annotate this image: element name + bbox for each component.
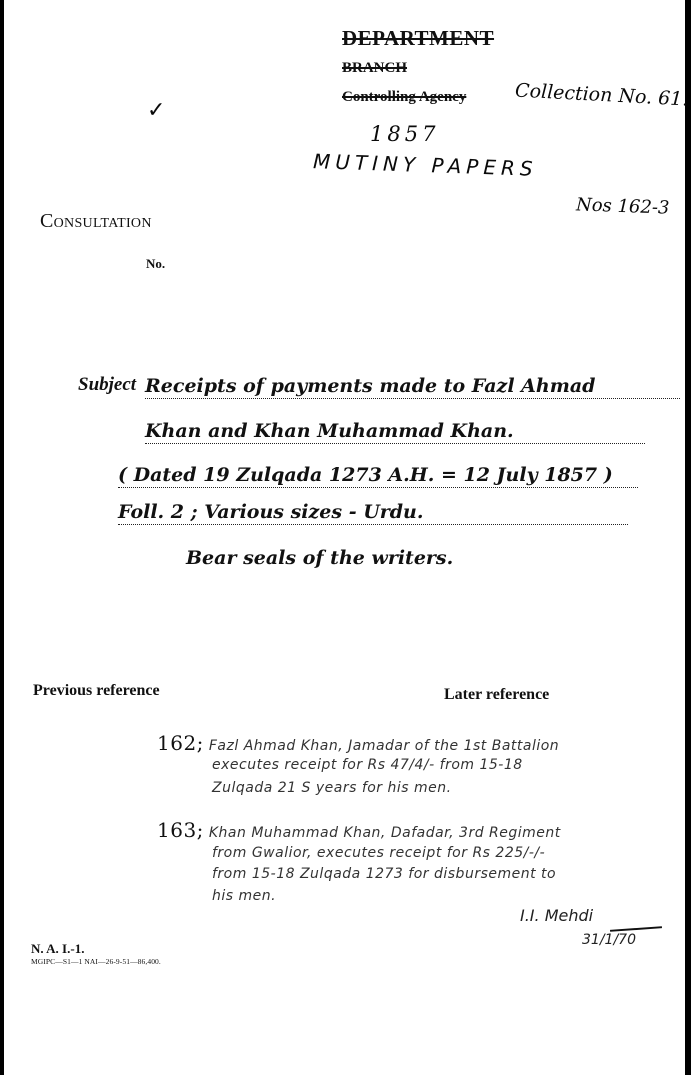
print-code: MGIPC—S1—1 NAI—26-9-51—86,400.	[31, 957, 161, 966]
reference-text: Khan Muhammad Khan, Dafadar, 3rd Regimen…	[209, 825, 561, 841]
branch-label: BRANCH	[342, 60, 407, 77]
reference-text: from Gwalior, executes receipt for Rs 22…	[212, 845, 545, 861]
subject-line: Receipts of payments made to Fazl Ahmad	[145, 374, 680, 399]
year-annotation: 1857	[370, 122, 439, 146]
reference-text: executes receipt for Rs 47/4/- from 15-1…	[212, 757, 523, 773]
reference-text: his men.	[212, 888, 276, 904]
subject-label: Subject	[78, 374, 136, 396]
reference-text: from 15-18 Zulqada 1273 for disbursement…	[212, 866, 556, 882]
form-code: N. A. I.-1.	[31, 941, 84, 957]
consultation-label: Consultation	[40, 210, 152, 233]
controlling-agency-label: Controlling Agency	[342, 89, 466, 106]
reference-entry-162: 162; Fazl Ahmad Khan, Jamadar of the 1st…	[157, 731, 559, 755]
archivist-signature: I.I. Mehdi	[520, 906, 593, 925]
reference-number: 162;	[157, 731, 204, 755]
reference-text: Zulqada 21 S years for his men.	[212, 780, 452, 796]
collection-number: Collection No. 61.	[515, 79, 689, 110]
later-reference-label: Later reference	[444, 686, 549, 704]
document-numbers: Nos 162-3	[576, 194, 670, 218]
signature-underline	[610, 926, 662, 932]
reference-entry-163: 163; Khan Muhammad Khan, Dafadar, 3rd Re…	[157, 818, 561, 842]
reference-number: 163;	[157, 818, 204, 842]
department-label: DEPARTMENT	[342, 26, 494, 51]
reference-text: Fazl Ahmad Khan, Jamadar of the 1st Batt…	[209, 738, 559, 754]
consultation-number-label: No.	[146, 256, 165, 272]
subject-line: Bear seals of the writers.	[186, 546, 453, 570]
subject-line: Foll. 2 ; Various sizes - Urdu.	[118, 500, 628, 525]
scan-border-right	[685, 0, 691, 1075]
scan-border-left	[0, 0, 4, 1075]
previous-reference-label: Previous reference	[33, 682, 160, 700]
collection-title: MUTINY PAPERS	[313, 149, 538, 181]
check-mark-icon: ✓	[147, 98, 165, 123]
signature-date: 31/1/70	[582, 932, 636, 948]
subject-line: ( Dated 19 Zulqada 1273 A.H. = 12 July 1…	[118, 463, 638, 488]
subject-line: Khan and Khan Muhammad Khan.	[145, 419, 645, 444]
